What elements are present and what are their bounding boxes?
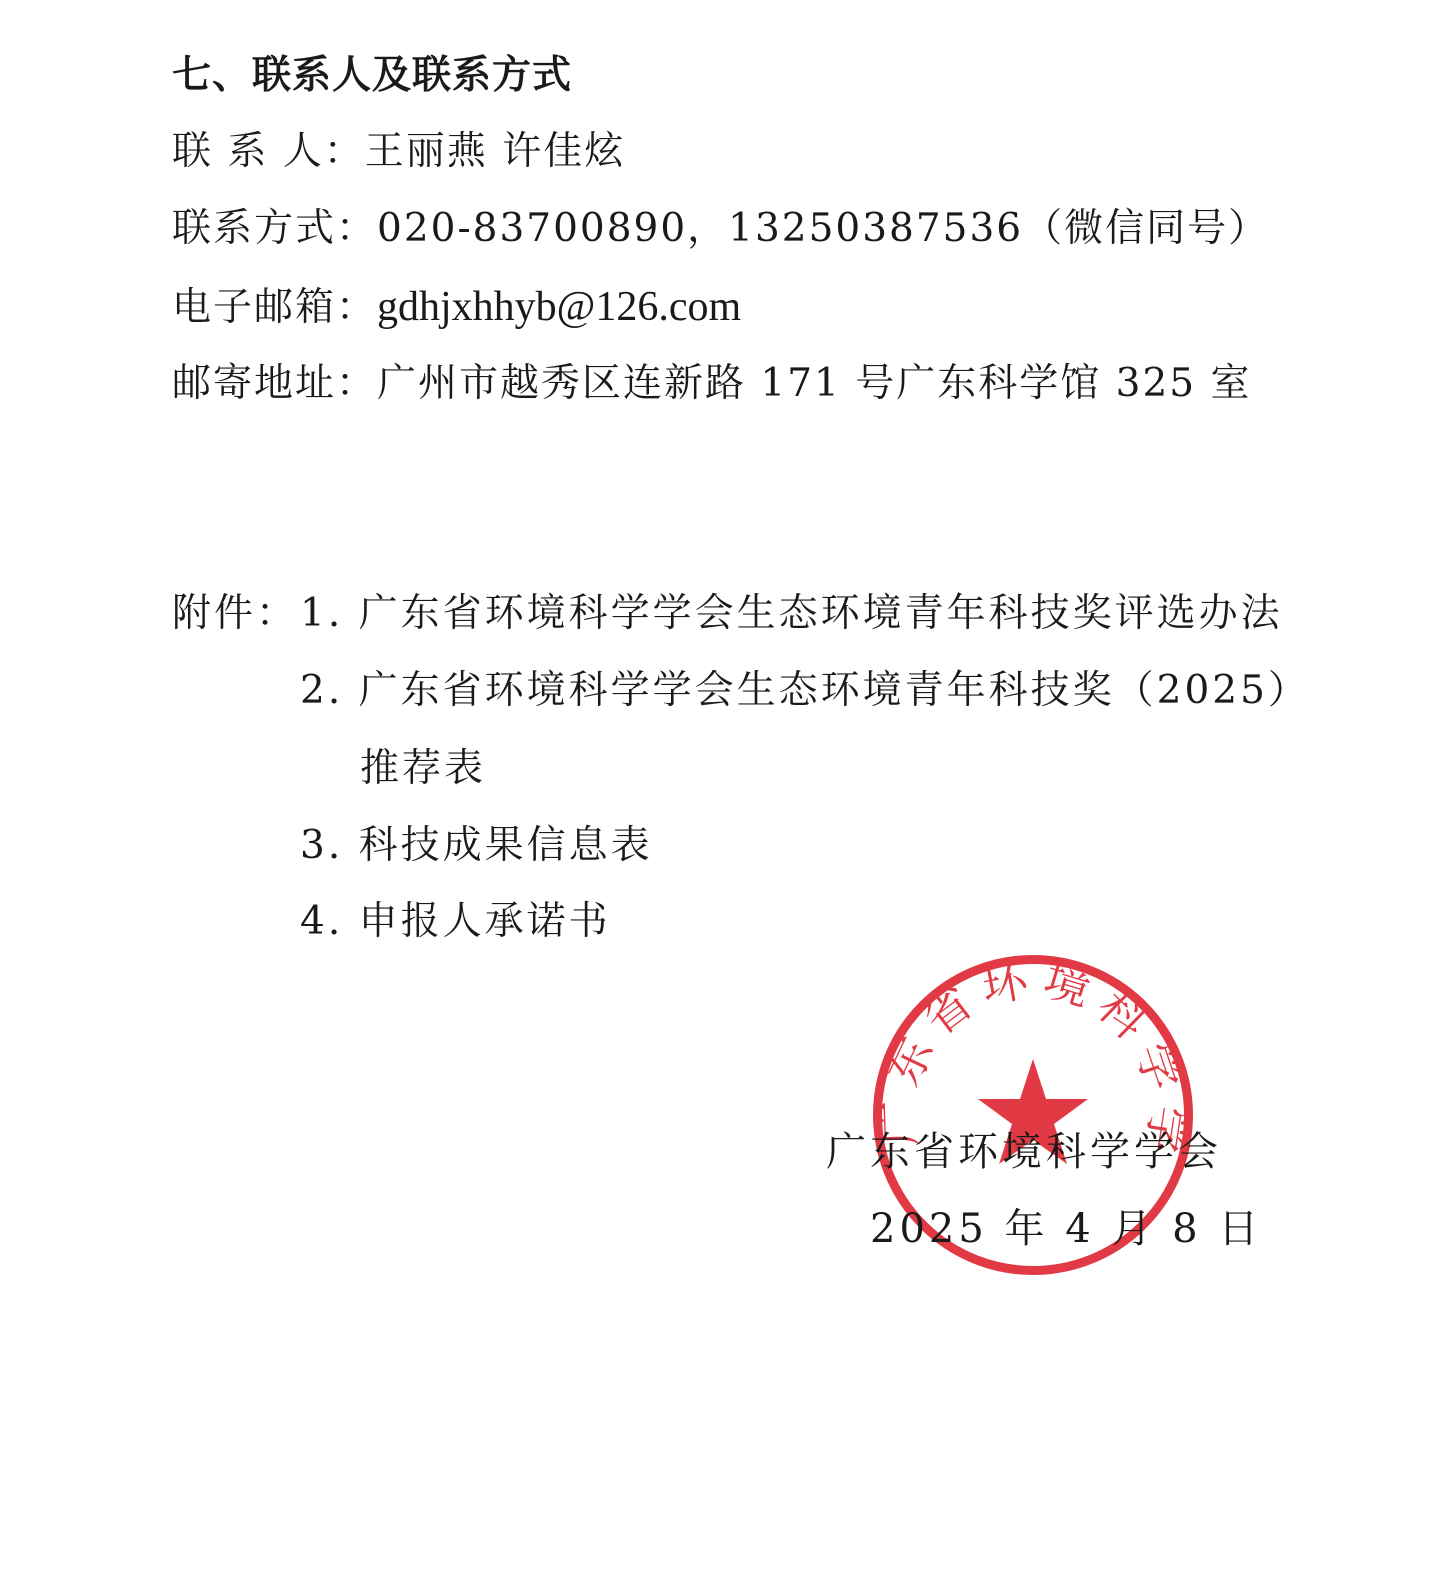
contact-person-line: 联 系 人：王丽燕 许佳炫 (172, 128, 625, 176)
attachment-num: 4. (300, 899, 343, 944)
phone-value: 020-83700890，13250387536（微信同号） (377, 206, 1269, 251)
attachment-item-2-cont: 推荐表 (360, 745, 486, 793)
signature-org: 广东省环境科学学会 (826, 1128, 1222, 1176)
signature-date: 2025 年 4 月 8 日 (870, 1205, 1262, 1253)
contact-heading: 七、联系人及联系方式 (172, 52, 572, 100)
email-label: 电子邮箱： (172, 285, 377, 330)
attachment-text: 广东省环境科学学会生态环境青年科技奖（2025） (359, 668, 1310, 713)
attachment-item-3: 3. 科技成果信息表 (300, 822, 653, 870)
attachment-item-4: 4. 申报人承诺书 (300, 898, 611, 946)
attachment-text: 申报人承诺书 (359, 899, 611, 944)
attachments-label: 附件： (172, 590, 298, 638)
phone-line: 联系方式：020-83700890，13250387536（微信同号） (172, 205, 1269, 253)
attachment-item-1: 1. 广东省环境科学学会生态环境青年科技奖评选办法 (300, 590, 1283, 638)
address-value: 广州市越秀区连新路 171 号广东科学馆 325 室 (377, 361, 1251, 406)
attachment-num: 1. (300, 591, 343, 636)
attachment-text: 广东省环境科学学会生态环境青年科技奖评选办法 (359, 591, 1283, 636)
email-value[interactable]: gdhjxhhyb@126.com (377, 284, 741, 330)
attachment-num: 3. (300, 823, 343, 868)
attachment-num: 2. (300, 668, 343, 713)
email-line: 电子邮箱：gdhjxhhyb@126.com (172, 283, 741, 332)
contact-person-label: 联 系 人： (172, 129, 365, 174)
attachment-item-2: 2. 广东省环境科学学会生态环境青年科技奖（2025） (300, 667, 1310, 715)
attachment-text: 科技成果信息表 (359, 823, 653, 868)
phone-label: 联系方式： (172, 206, 377, 251)
address-label: 邮寄地址： (172, 361, 377, 406)
contact-person-value: 王丽燕 许佳炫 (365, 129, 625, 174)
address-line: 邮寄地址：广州市越秀区连新路 171 号广东科学馆 325 室 (172, 360, 1251, 408)
